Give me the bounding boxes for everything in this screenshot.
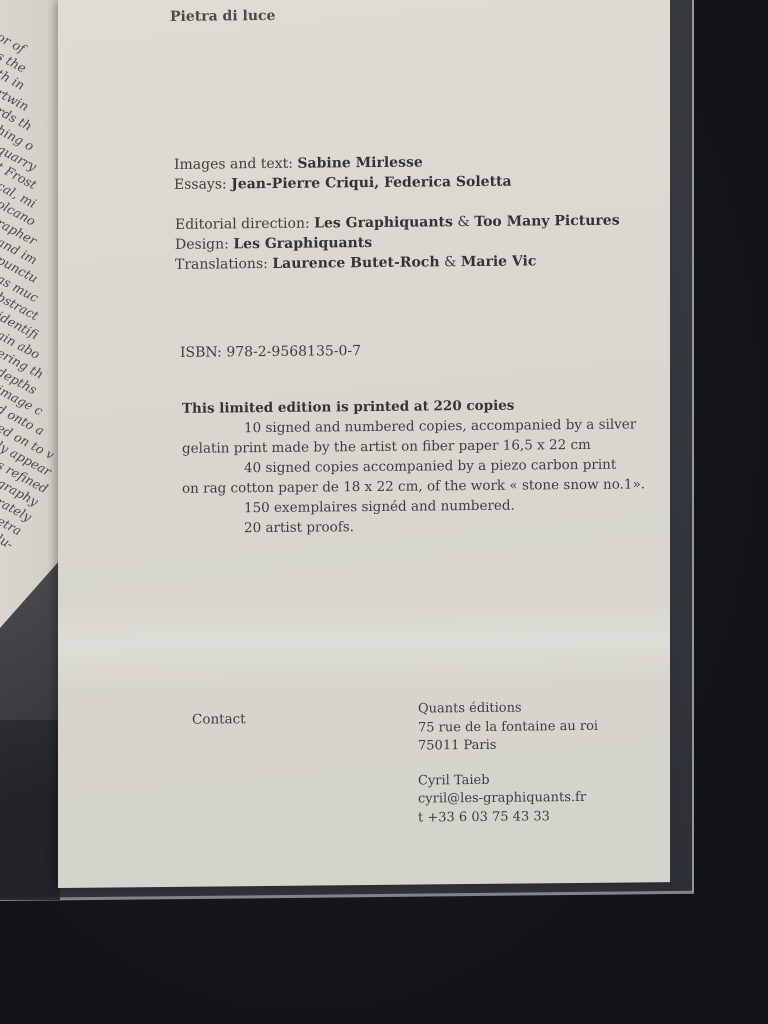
- edition-block: This limited edition is printed at 220 c…: [182, 394, 645, 538]
- colophon-page: Pietra di luce Images and text: Sabine M…: [58, 0, 670, 888]
- book-title: Pietra di luce: [170, 6, 275, 27]
- contact-label: Contact: [192, 709, 246, 730]
- spacer: [418, 754, 598, 772]
- editorial-block: Editorial direction: Les Graphiquants & …: [175, 211, 620, 275]
- contact-block: Quants éditions 75 rue de la fontaine au…: [418, 699, 598, 828]
- credit-editorial-direction: Editorial direction: Les Graphiquants & …: [175, 211, 620, 235]
- credit-translations: Translations: Laurence Butet-Roch & Mari…: [175, 251, 620, 275]
- isbn: ISBN: 978-2-9568135-0-7: [180, 341, 361, 363]
- edition-line: 20 artist proofs.: [182, 514, 645, 538]
- publisher-name: Quants éditions: [418, 699, 598, 719]
- contact-person: Cyril Taieb: [418, 770, 598, 790]
- credit-essays: Essays: Jean-Pierre Criqui, Federica Sol…: [174, 172, 512, 195]
- address-line: 75011 Paris: [418, 736, 598, 756]
- contact-phone: t +33 6 03 75 43 33: [418, 807, 598, 827]
- address-line: 75 rue de la fontaine au roi: [418, 717, 598, 737]
- credits-block: Images and text: Sabine Mirlesse Essays:…: [174, 152, 512, 195]
- contact-email: cyril@les-graphiquants.fr: [418, 789, 598, 809]
- sleeve-glare: [58, 594, 670, 690]
